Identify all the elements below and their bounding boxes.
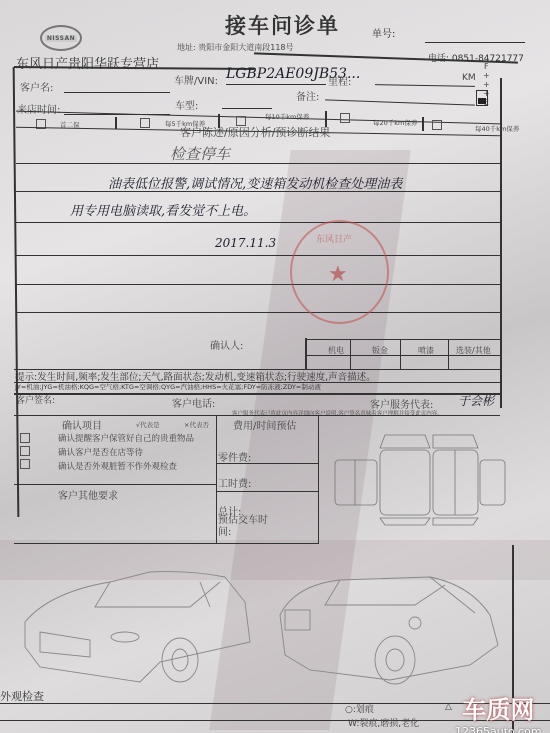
star-icon: ★ [328,262,348,287]
divider [318,415,319,543]
other-requests-label: 客户其他要求 [58,487,118,502]
service-rep-signature: 于会彬 [458,392,494,409]
legend-triangle-icon: △ [445,702,452,712]
fuel-gauge-full-mark: F [483,62,490,71]
diagnosis-section-title: 客户陈述/原因分析/预诊断结果 [180,124,330,140]
divider [216,491,318,492]
maintenance-option-4: 每20千km保养 [373,118,417,127]
maintenance-checkbox-5[interactable] [432,120,442,130]
dept-row-top [305,339,500,340]
diagnosis-line [16,163,500,164]
checklist-checkbox-2[interactable] [20,446,30,456]
diagnosis-line [16,191,500,192]
diagnosis-line [16,284,500,285]
diagnosis-handwritten-heading: 检查停车 [170,143,230,164]
divider [400,339,401,369]
delivery-time-label: 预估交车时间: [218,515,268,539]
mileage-field[interactable] [375,84,475,87]
customer-signature-label: 客户签名: [16,393,55,406]
diagnosis-line [16,255,500,256]
dept-row-mid [305,355,500,356]
divider [305,338,307,370]
hint-row-bottom [14,393,500,395]
fuel-pump-icon [476,90,488,106]
model-field[interactable] [222,108,272,109]
divider [448,339,449,369]
order-number-line [425,42,525,43]
maintenance-checkbox-2[interactable] [140,118,150,128]
company-seal-stamp: 东风日产 ★ [290,220,389,324]
parts-fee-label: 零件费: [218,449,251,464]
checklist-item-2: 确认客户是否在店等待 [58,446,143,458]
checklist-item-1: 确认提醒客户保管好自己的贵重物品 [58,432,194,444]
plate-vin-field[interactable] [226,84,326,85]
checklist-divider [14,484,216,485]
watermark: 车质网 12365auto.com [455,690,542,733]
fuel-gauge-tick: + [483,80,490,89]
order-number-label: 单号: [372,25,395,40]
legend-crack: W:裂痕,磨损,老化 [348,716,419,729]
maintenance-option-3: 每10千km保养 [265,112,309,121]
checklist-checkbox-3[interactable] [20,459,30,469]
mileage-label: 里程: [328,73,351,88]
divider [422,117,424,131]
dealer-name: 东风日产贵阳华跃专营店 [16,53,159,72]
diagnosis-handwritten-line2: 用专用电脑读取,看发觉不上电。 [70,200,256,219]
divider [115,117,117,129]
exterior-check-label: 外观检查 [0,688,44,704]
frame-left [13,67,19,517]
checklist-title: 确认项目 [62,417,102,432]
divider [350,339,351,369]
car-rear-view-diagram [270,555,505,690]
diagnosis-line [16,312,500,313]
diagnosis-line [16,222,500,223]
labor-fee-label: 工时费: [218,475,251,490]
nissan-logo-icon: NISSAN [40,25,82,51]
customer-name-label: 客户名: [20,79,53,94]
form-title: 接车问诊单 [225,10,340,40]
mileage-unit: KM [462,73,476,83]
checklist-item-3: 确认是否外观脏暂不作外观检查 [58,460,177,472]
checklist-no-legend: ×代表否 [184,420,209,429]
diagnosis-handwritten-date: 2017.11.3 [215,236,276,250]
divider [216,463,318,464]
car-front-view-diagram [20,552,260,687]
checklist-bottom [14,543,319,544]
plate-vin-label: 车牌/VIN: [174,72,218,87]
address-value: 贵阳市金阳大道南段118号 [198,43,293,52]
logo-text: NISSAN [45,35,77,42]
maintenance-checkbox-4[interactable] [340,113,350,123]
fuel-gauge-tick: + [483,71,490,80]
stamp-text: 东风日产 [316,232,352,245]
diagnosis-handwritten-line1: 油表低位报警,调试情况,变速箱发动机检查处理油表 [108,173,402,192]
address: 地址: 贵阳市金阳大道南段118号 [177,42,294,53]
legend-scratch: ○:划痕 [345,702,374,715]
remarks-label: 备注: [296,88,319,103]
customer-phone-label: 客户电话: [172,395,215,410]
confirmer-label: 确认人: [210,337,243,352]
customer-name-field[interactable] [64,92,170,93]
car-top-view-diagram [325,430,515,530]
remarks-field[interactable] [325,99,475,105]
address-label: 地址: [177,43,196,52]
divider [216,415,217,543]
inspection-form: NISSAN 东风日产贵阳华跃专营店 接车问诊单 单号: 地址: 贵阳市金阳大道… [0,0,550,733]
hint-text: 提示:发生时间,频率;发生部位;天气,路面状态;发动机,变速箱状态;行驶速度,声… [15,369,376,383]
abbreviation-text: JY=机油;JYG=机油格;KQG=空气格;KTG=空调格;QYG=汽油格;HH… [15,382,321,391]
model-label: 车型: [175,97,198,112]
maintenance-option-5: 每40千km保养 [475,124,519,133]
arrival-time-label: 来店时间: [17,101,60,116]
maintenance-row-top [16,111,500,125]
signature-row-bottom [14,415,500,416]
checklist-yes-legend: √代表是 [136,420,160,429]
checklist-checkbox-1[interactable] [20,433,30,443]
watermark-brand: 车质网 [455,690,542,725]
watermark-url: 12365auto.com [455,725,542,733]
estimate-title: 费用/时间预估 [233,417,296,432]
